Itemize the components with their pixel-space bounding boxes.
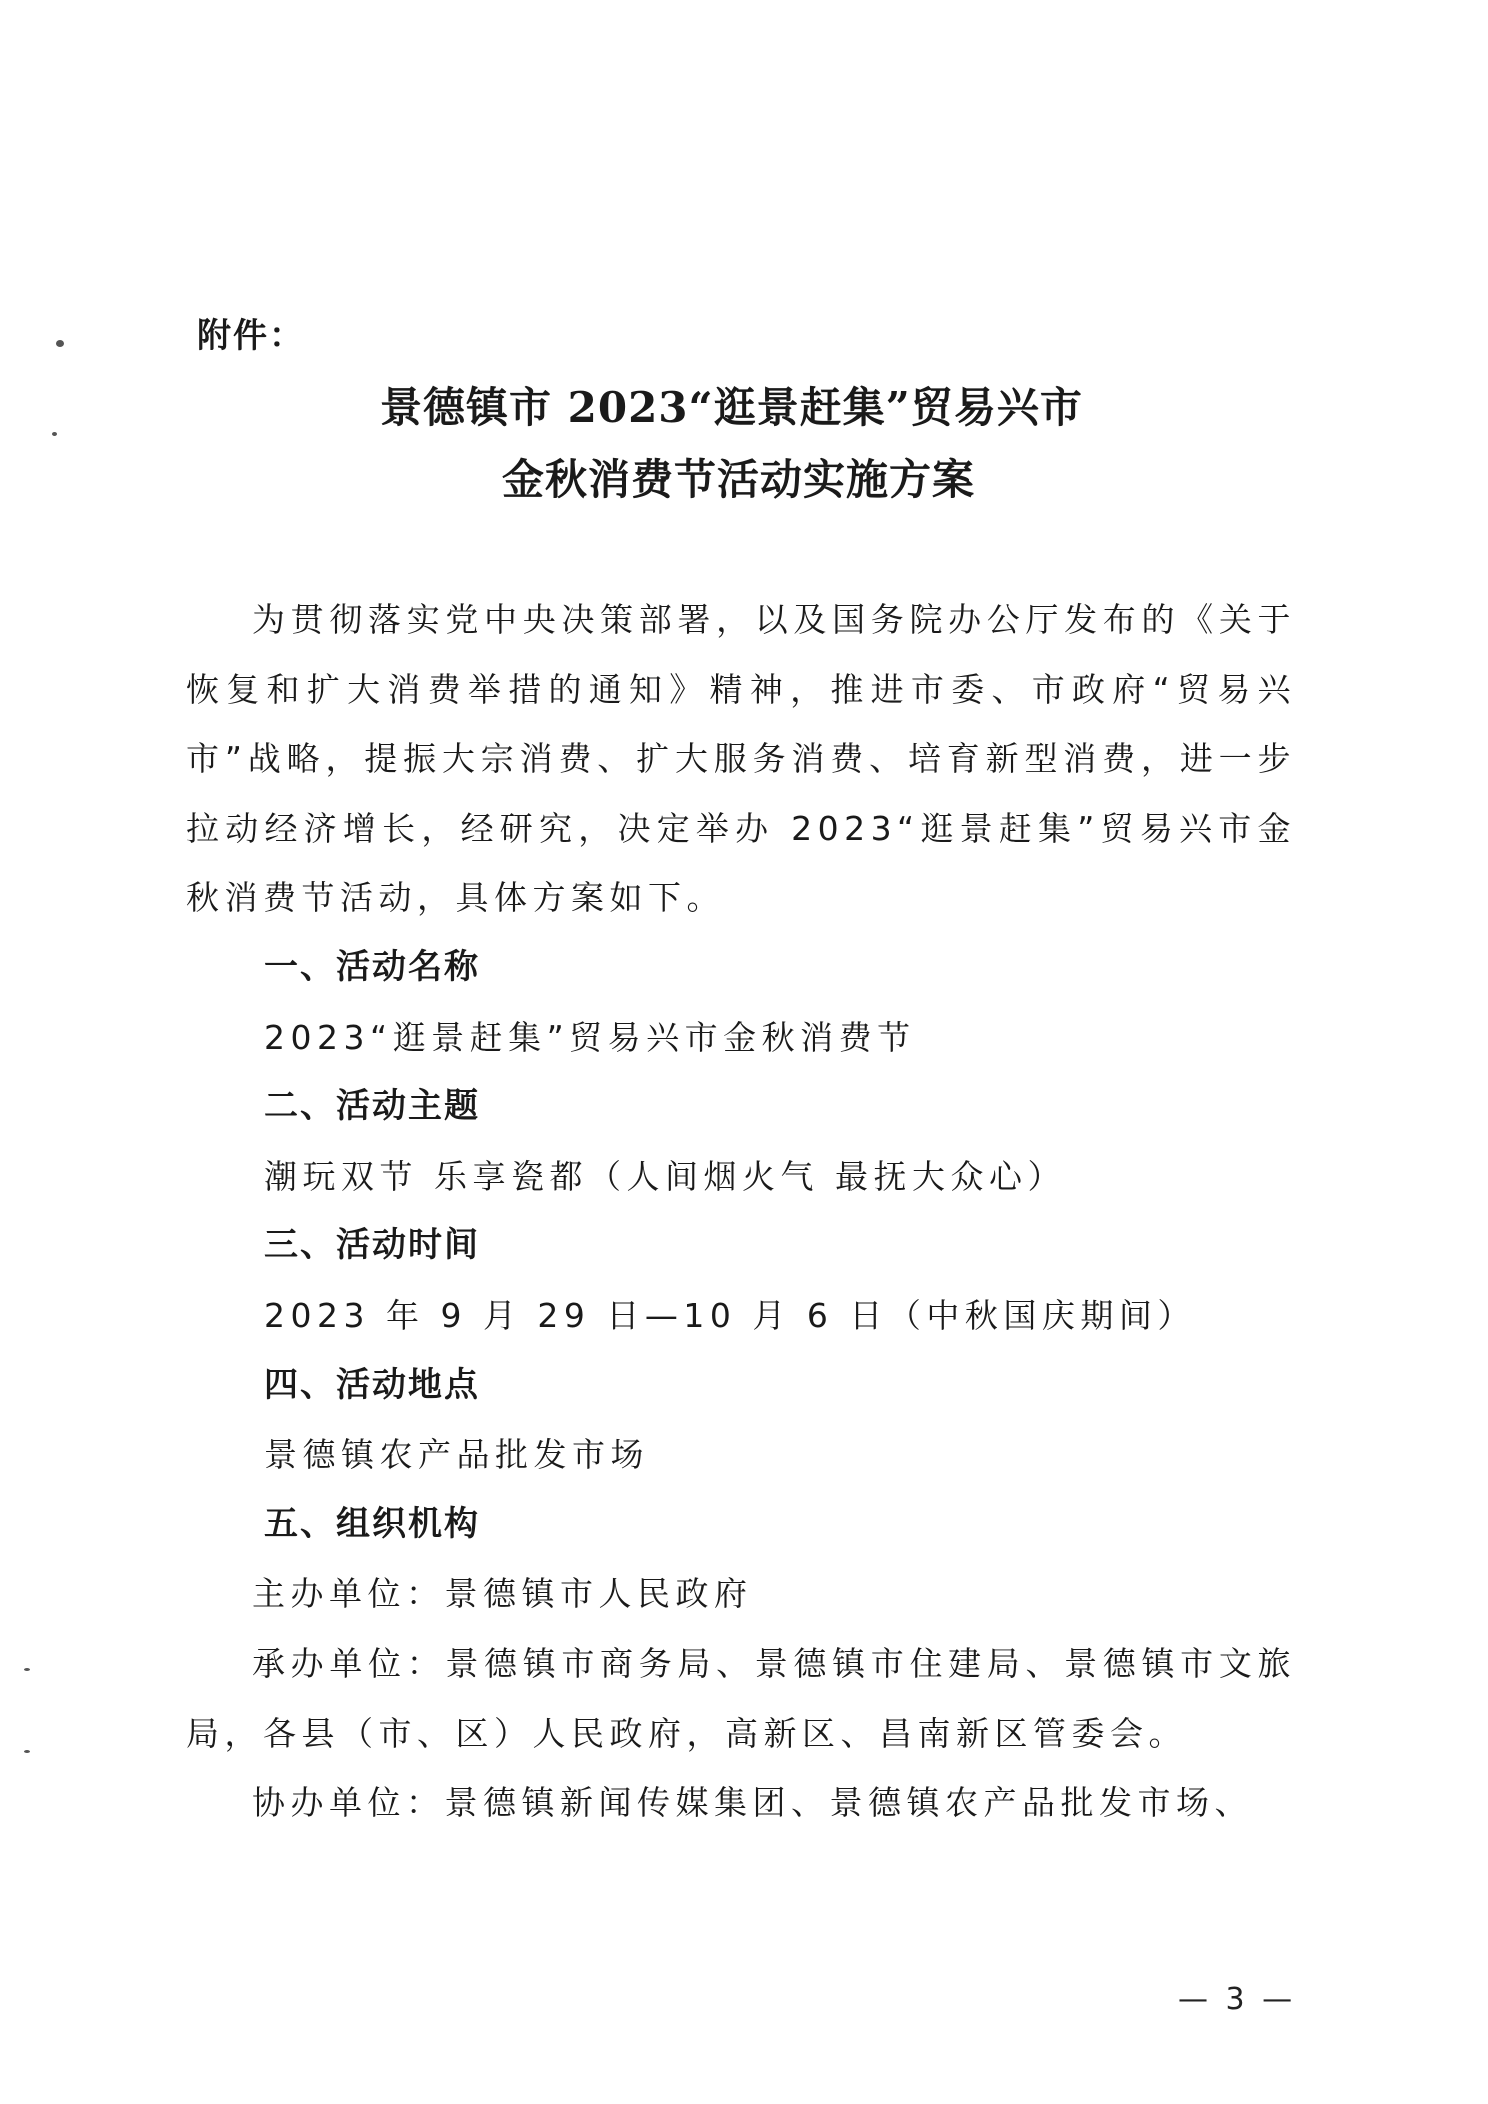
document-page: 附件： 景德镇市 2023“逛景赶集”贸易兴市 金秋消费节活动实施方案 为贯彻落… (0, 0, 1488, 2104)
organizer-undertaker: 承办单位：景德镇市商务局、景德镇市住建局、景德镇市文旅局，各县（市、区）人民政府… (186, 1629, 1296, 1768)
scan-speck (24, 1750, 30, 1753)
section-heading-theme: 二、活动主题 (186, 1072, 1296, 1142)
section-content-time: 2023 年 9 月 29 日—10 月 6 日（中秋国庆期间） (186, 1281, 1296, 1351)
scan-speck (24, 1668, 30, 1671)
document-title-line-1: 景德镇市 2023“逛景赶集”贸易兴市 (80, 375, 1488, 435)
intro-paragraph: 为贯彻落实党中央决策部署，以及国务院办公厅发布的《关于恢复和扩大消费举措的通知》… (186, 585, 1296, 933)
page-number: — 3 — (1178, 1982, 1296, 2017)
section-heading-name: 一、活动名称 (186, 933, 1296, 1003)
attachment-label: 附件： (197, 308, 305, 357)
section-content-location: 景德镇农产品批发市场 (186, 1420, 1296, 1490)
organizer-co-organizer: 协办单位：景德镇新闻传媒集团、景德镇农产品批发市场、 (186, 1768, 1296, 1838)
section-heading-location: 四、活动地点 (186, 1351, 1296, 1421)
document-title-line-2: 金秋消费节活动实施方案 (0, 447, 1488, 507)
section-heading-organization: 五、组织机构 (186, 1490, 1296, 1560)
section-content-theme: 潮玩双节 乐享瓷都（人间烟火气 最抚大众心） (186, 1142, 1296, 1212)
scan-speck (52, 432, 57, 436)
section-heading-time: 三、活动时间 (186, 1211, 1296, 1281)
section-content-name: 2023“逛景赶集”贸易兴市金秋消费节 (186, 1003, 1296, 1073)
organizer-host: 主办单位：景德镇市人民政府 (186, 1559, 1296, 1629)
scan-speck (56, 340, 64, 347)
document-body: 为贯彻落实党中央决策部署，以及国务院办公厅发布的《关于恢复和扩大消费举措的通知》… (186, 585, 1296, 1838)
